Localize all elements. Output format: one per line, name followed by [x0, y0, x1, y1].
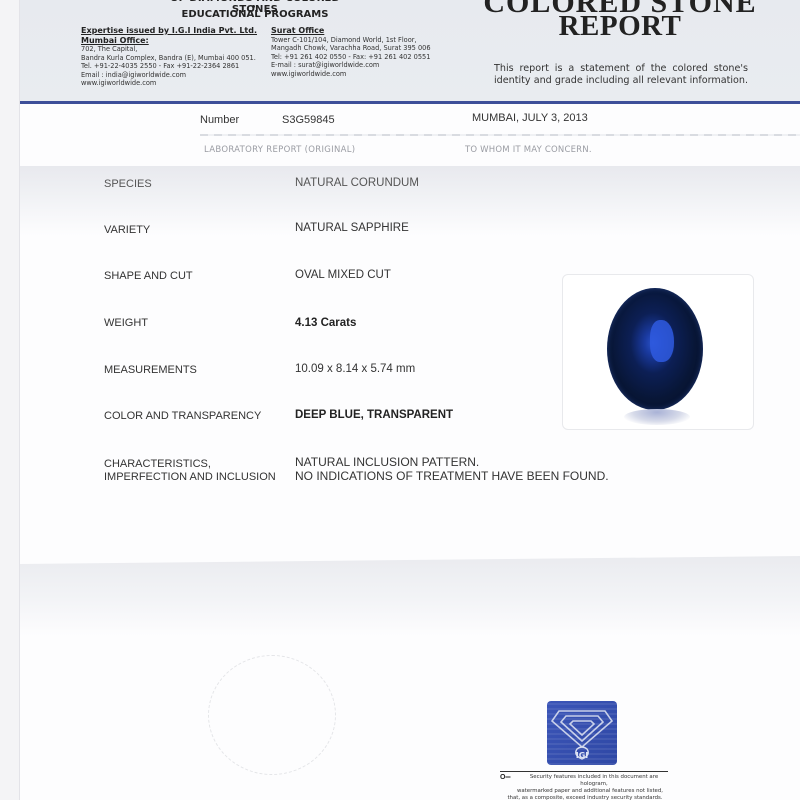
address-line: 702, The Capital, — [81, 45, 257, 54]
security-line: Security features included in this docum… — [500, 774, 670, 788]
number-label: Number — [200, 114, 239, 126]
security-divider — [500, 771, 668, 772]
org-line: EDUCATIONAL PROGRAMS — [150, 9, 360, 20]
spec-value-variety: NATURAL SAPPHIRE — [295, 222, 409, 234]
security-line: watermarked paper and additional feature… — [500, 788, 670, 795]
website-line: www.igiworldwide.com — [271, 70, 431, 79]
gem-reflection — [624, 409, 690, 425]
place-date: MUMBAI, JULY 3, 2013 — [472, 112, 588, 124]
spec-label-variety: VARIETY — [104, 224, 150, 236]
lab-report-label: LABORATORY REPORT (ORIGINAL) — [204, 145, 355, 155]
report-title: REPORT — [480, 10, 760, 43]
spec-label-characteristics: CHARACTERISTICS, IMPERFECTION AND INCLUS… — [104, 458, 276, 484]
phone-line: Tel: +91 261 402 0550 - Fax: +91 261 402… — [271, 53, 431, 62]
to-whom-label: TO WHOM IT MAY CONCERN. — [465, 145, 592, 155]
spec-label-weight: WEIGHT — [104, 317, 148, 329]
svg-text:IGI: IGI — [576, 751, 589, 760]
bullet-dot — [252, 5, 255, 8]
spec-label-color: COLOR AND TRANSPARENCY — [104, 410, 261, 422]
report-number: S3G59845 — [282, 114, 335, 126]
surat-heading: Surat Office — [271, 26, 431, 36]
embossed-seal — [208, 655, 336, 775]
paper-edge — [0, 0, 20, 800]
address-line: Tower C-101/104, Diamond World, 1st Floo… — [271, 36, 431, 45]
report-page: OF DIAMONDS AND COLORED STONES EDUCATION… — [0, 0, 800, 800]
spec-label-species: SPECIES — [104, 178, 152, 190]
spec-value-weight: 4.13 Carats — [295, 317, 356, 329]
phone-line: Tel. +91-22-4035 2550 - Fax +91-22-2364 … — [81, 62, 257, 71]
email-line: E-mail : surat@igiworldwide.com — [271, 61, 431, 70]
paper-fold — [20, 556, 800, 636]
label-line: IMPERFECTION AND INCLUSION — [104, 471, 276, 484]
spec-value-species: NATURAL CORUNDUM — [295, 177, 419, 189]
spec-value-color: DEEP BLUE, TRANSPARENT — [295, 409, 453, 421]
surat-office: Surat Office Tower C-101/104, Diamond Wo… — [271, 26, 431, 78]
gem-highlight — [650, 320, 674, 362]
mumbai-heading: Mumbai Office: — [81, 36, 257, 46]
value-line: NATURAL INCLUSION PATTERN. — [295, 456, 609, 470]
spec-value-measurements: 10.09 x 8.14 x 5.74 mm — [295, 363, 415, 375]
email-line: Email : india@igiworldwide.com — [81, 71, 257, 80]
address-line: Mangadh Chowk, Varachha Road, Surat 395 … — [271, 44, 431, 53]
issuer-heading: Expertise issued by I.G.I India Pvt. Ltd… — [81, 26, 257, 36]
report-header: OF DIAMONDS AND COLORED STONES EDUCATION… — [20, 0, 800, 103]
address-line: Bandra Kurla Complex, Bandra (E), Mumbai… — [81, 54, 257, 63]
label-line: CHARACTERISTICS, — [104, 458, 276, 471]
spec-value-shape: OVAL MIXED CUT — [295, 269, 391, 281]
website-line: www.igiworldwide.com — [81, 79, 257, 88]
dashed-divider — [200, 134, 800, 136]
header-divider — [20, 101, 800, 104]
spec-label-measurements: MEASUREMENTS — [104, 364, 197, 376]
report-tagline: This report is a statement of the colore… — [494, 63, 748, 87]
security-line: that, as a composite, exceed industry se… — [500, 795, 670, 800]
spec-label-shape: SHAPE AND CUT — [104, 270, 193, 282]
mumbai-office: Expertise issued by I.G.I India Pvt. Ltd… — [81, 26, 257, 88]
value-line: NO INDICATIONS OF TREATMENT HAVE BEEN FO… — [295, 470, 609, 484]
spec-value-characteristics: NATURAL INCLUSION PATTERN. NO INDICATION… — [295, 456, 609, 483]
security-notice: Security features included in this docum… — [500, 774, 670, 800]
igi-diamond-hologram-icon: IGI — [547, 701, 617, 765]
